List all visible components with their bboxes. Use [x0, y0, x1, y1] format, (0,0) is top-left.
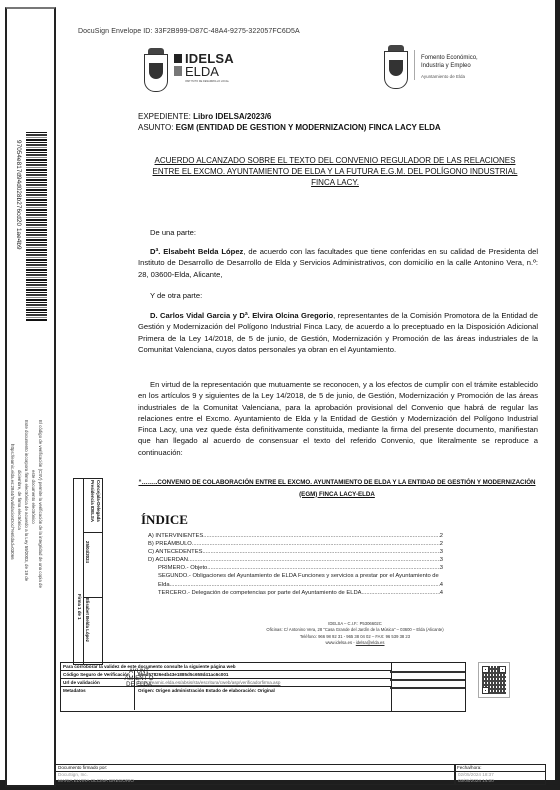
- elda-crest-icon: [384, 51, 408, 89]
- signer-2: MARIA ELVIRA OLCINA GREGORIO: [58, 778, 134, 784]
- toc-item-page: 3: [440, 556, 443, 564]
- signature-name: Elisabet Belda López: [85, 598, 90, 642]
- logo-divider: [414, 50, 415, 80]
- toc-item[interactable]: TERCERO.- Delegación de competencias por…: [148, 589, 443, 597]
- csv-text-line2: este documento electrónico: [30, 470, 37, 524]
- barcode-text: 97054e817d94d028b276cd20 1ae4b9: [15, 140, 22, 250]
- asunto-value: EGM (ENTIDAD DE GESTION Y MODERNIZACION)…: [176, 123, 441, 132]
- part1-intro: De una parte:: [150, 227, 550, 238]
- toc-item[interactable]: B) PREÁMBULO2: [148, 540, 443, 548]
- toc-item-page: 4: [440, 589, 443, 597]
- expediente-value: Libro IDELSA/2023/6: [193, 112, 271, 121]
- toc-leader-dots: [203, 532, 439, 540]
- verification-box: Para corroborar la validez de este docum…: [60, 662, 392, 712]
- logo-subname: ELDA: [185, 64, 219, 79]
- expediente-block: EXPEDIENTE: Libro IDELSA/2023/6 ASUNTO: …: [138, 111, 538, 133]
- toc-leader-dots: [188, 556, 440, 564]
- toc-leader-dots: [170, 581, 440, 589]
- toc-item-page: 3: [440, 564, 443, 572]
- asunto-label: ASUNTO:: [138, 123, 176, 132]
- date-label: Fecha/hora:: [457, 765, 482, 771]
- part1-paragraph: Dª. Elsabeht Belda López, de acuerdo con…: [138, 246, 538, 280]
- toc-item-label: Elda: [158, 581, 170, 589]
- document-title: ACUERDO ALCANZADO SOBRE EL TEXTO DEL CON…: [140, 155, 530, 188]
- ayuntamiento-logo: Fomento Económico, Industria y Empleo Ay…: [376, 46, 536, 88]
- signed-by-header: Documento firmado por: Fecha/hora:: [56, 765, 545, 772]
- barcode: [26, 132, 47, 322]
- toc-item[interactable]: C) ANTECEDENTES 3: [148, 548, 443, 556]
- csv-text-line4: diciembre, de firma electrónica: [16, 470, 23, 530]
- convenio-title: “……..CONVENIO DE COLABORACIÓN ENTRE EL E…: [138, 477, 536, 500]
- toc-item[interactable]: Elda 4: [148, 581, 443, 589]
- signature-col-firma: [74, 479, 84, 664]
- signature-role: Concejala-Delegada Presidencia IDELSA: [90, 480, 101, 540]
- logo-line3: Ayuntamiento de Elda: [421, 73, 478, 81]
- table-of-contents: A) INTERVINIENTES2B) PREÁMBULO2C) ANTECE…: [148, 532, 443, 597]
- toc-item[interactable]: D) ACUERDAN3: [148, 556, 443, 564]
- toc-item-page: 3: [440, 548, 443, 556]
- toc-leader-dots: [363, 589, 440, 597]
- footer-web-link[interactable]: www.idelsa.es: [326, 640, 353, 645]
- paragraph-3: En virtud de la representación que mutua…: [138, 379, 538, 458]
- verification-box-extension: [390, 662, 466, 712]
- sidebar-frame: [5, 7, 56, 787]
- csv-validation-url[interactable]: https://eamic.elda.es:2844/SvalidacionDo…: [9, 444, 16, 560]
- toc-leader-dots: [202, 548, 439, 556]
- toc-item-page: 4: [440, 581, 443, 589]
- meta-label: Metadatos: [63, 687, 86, 694]
- logo-line1: Fomento Económico,: [421, 55, 478, 61]
- toc-item-label: A) INTERVINIENTES: [148, 532, 203, 540]
- toc-item-label: TERCERO.- Delegación de competencias por…: [158, 589, 363, 597]
- toc-item-label: C) ANTECEDENTES: [148, 548, 202, 556]
- toc-item-page: 2: [440, 532, 443, 540]
- signed-by-label: Documento firmado por:: [58, 765, 107, 771]
- logo-line2: Industria y Empleo: [421, 63, 471, 69]
- idelsa-logo: IDELSA ELDA INSTITUTO DE DESARROLLO LOCA…: [140, 48, 240, 90]
- toc-item-label: D) ACUERDAN: [148, 556, 188, 564]
- toc-item[interactable]: PRIMERO.- Objeto3: [148, 564, 443, 572]
- verification-meta-row: Metadatos Origen: Origen administración …: [61, 687, 391, 710]
- part2-paragraph: D. Carlos Vidal Garcia y Dª. Elvira Olci…: [138, 310, 538, 355]
- verification-url-row: Url de validación https://eamic.elda.es/…: [61, 679, 391, 687]
- url-label: Url de validación: [63, 679, 100, 686]
- signed-table-divider: [454, 765, 456, 784]
- signer-2-date: 03/05/2024 14:00: [458, 778, 494, 784]
- part2-intro: Y de otra parte:: [150, 290, 550, 301]
- part1-name: Dª. Elsabeht Belda López: [150, 247, 243, 256]
- envelope-id: DocuSign Envelope ID: 33F2B999-D87C-48A4…: [78, 28, 300, 35]
- elda-crest-icon: [144, 54, 168, 92]
- signature-firma-count: Firma 1 de 1: [77, 594, 82, 620]
- meta-value: Origen: Origen administración Estado de …: [134, 687, 275, 710]
- ayuntamiento-stamp-text: AYUNT AMIENT O DE ELDA: [121, 669, 157, 689]
- logo-text: Fomento Económico, Industria y Empleo Ay…: [421, 54, 478, 81]
- part2-name: D. Carlos Vidal Garcia y Dª. Elvira Olci…: [150, 311, 333, 320]
- csv-text-line1: El código de verificación (CSV) permite …: [37, 420, 44, 588]
- footer-offices: Oficinas: C/ Antonino Vera, 28 "Casa Gra…: [230, 627, 480, 633]
- toc-item-label: B) PREÁMBULO: [148, 540, 192, 548]
- index-heading: ÍNDICE: [141, 512, 188, 528]
- toc-item-page: 2: [440, 540, 443, 548]
- csv-text-line3: Este documento incorpora firma electróni…: [23, 420, 30, 581]
- toc-item[interactable]: SEGUNDO.- Obligaciones del Ayuntamiento …: [148, 572, 443, 580]
- toc-item-label: PRIMERO.- Objeto: [158, 564, 207, 572]
- signed-by-table: Documento firmado por: Fecha/hora: DocuS…: [55, 764, 546, 785]
- qr-code-icon: [478, 662, 510, 698]
- toc-item-label: SEGUNDO.- Obligaciones del Ayuntamiento …: [158, 572, 439, 580]
- footer-email-link[interactable]: idelsa@elda.es: [356, 640, 385, 645]
- verification-code-row: Código Seguro de Verificación 56ed57826e…: [61, 671, 391, 679]
- signature-date: 25/04/2024: [85, 541, 90, 563]
- logo-tagline: INSTITUTO DE DESARROLLO LOCAL: [185, 80, 229, 83]
- footer-address: IDELSA – C.I.F.: P5306602C Oficinas: C/ …: [230, 621, 480, 646]
- toc-leader-dots: [207, 564, 439, 572]
- toc-item[interactable]: A) INTERVINIENTES2: [148, 532, 443, 540]
- code-label: Código Seguro de Verificación: [63, 671, 130, 678]
- document-page: 97054e817d94d028b276cd20 1ae4b9 El códig…: [0, 0, 555, 780]
- verification-header: Para corroborar la validez de este docum…: [61, 663, 391, 671]
- expediente-label: EXPEDIENTE:: [138, 112, 193, 121]
- toc-leader-dots: [192, 540, 440, 548]
